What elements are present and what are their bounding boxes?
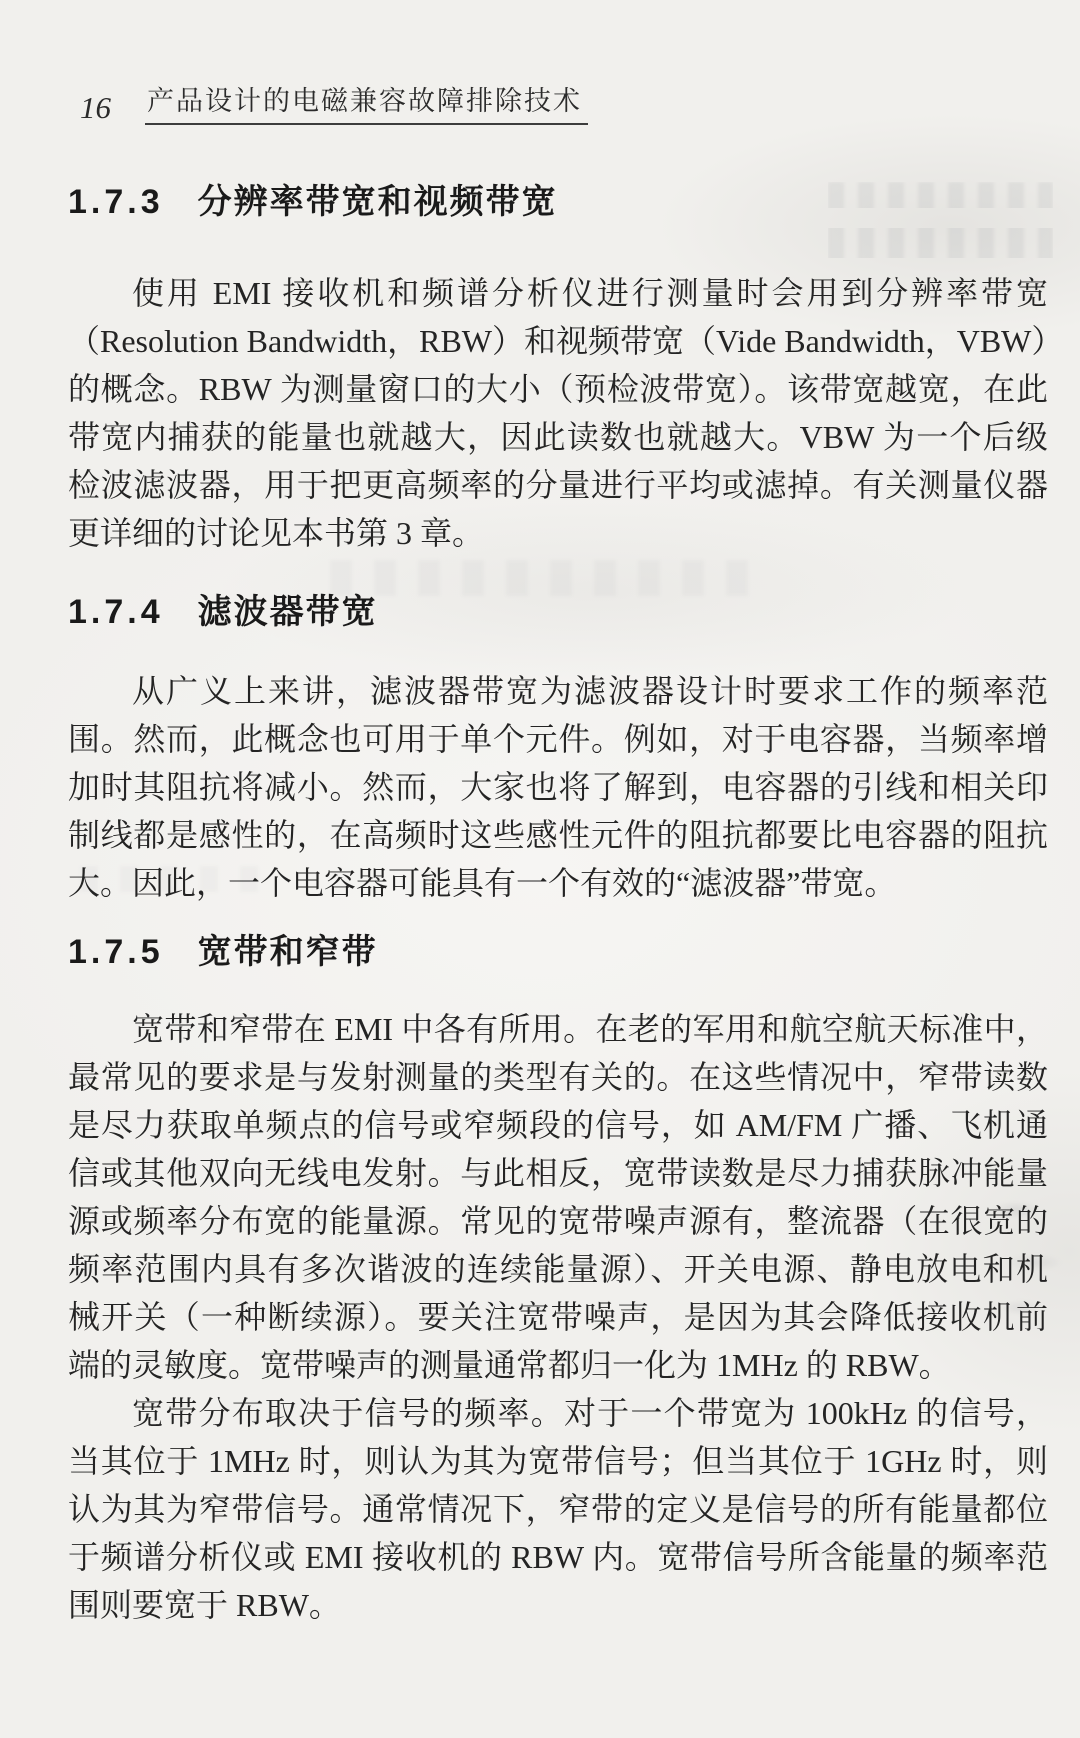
text-line: 当其位于 1MHz 时，则认为其为宽带信号；但当其位于 1GHz 时，则 xyxy=(68,1437,1048,1485)
text-line: 是尽力获取单频点的信号或窄频段的信号，如 AM/FM 广播、飞机通 xyxy=(68,1101,1048,1149)
text-line: 带宽内捕获的能量也就越大，因此读数也就越大。VBW 为一个后级 xyxy=(68,413,1048,461)
paragraph: 宽带和窄带在 EMI 中各有所用。在老的军用和航空航天标准中， 最常见的要求是与… xyxy=(68,1005,1048,1389)
text-line: （Resolution Bandwidth，RBW）和视频带宽（Vide Ban… xyxy=(68,317,1048,365)
text-line: 宽带和窄带在 EMI 中各有所用。在老的军用和航空航天标准中， xyxy=(68,1005,1048,1053)
text-line: 信或其他双向无线电发射。与此相反，宽带读数是尽力捕获脉冲能量 xyxy=(68,1149,1048,1197)
paragraph: 从广义上来讲，滤波器带宽为滤波器设计时要求工作的频率范 围。然而，此概念也可用于… xyxy=(68,667,1048,907)
text-line: 认为其为窄带信号。通常情况下，窄带的定义是信号的所有能量都位 xyxy=(68,1485,1048,1533)
text-line: 加时其阻抗将减小。然而，大家也将了解到，电容器的引线和相关印 xyxy=(68,763,1048,811)
text-line: 械开关（一种断续源）。要关注宽带噪声，是因为其会降低接收机前 xyxy=(68,1293,1048,1341)
page-content: 16 产品设计的电磁兼容故障排除技术 1.7.3分辨率带宽和视频带宽 使用 EM… xyxy=(68,0,1048,1629)
section-heading-1-7-4: 1.7.4滤波器带宽 xyxy=(68,591,1048,633)
text-line: 使用 EMI 接收机和频谱分析仪进行测量时会用到分辨率带宽 xyxy=(68,269,1048,317)
text-line: 的概念。RBW 为测量窗口的大小（预检波带宽）。该带宽越宽，在此 xyxy=(68,365,1048,413)
text-line: 制线都是感性的，在高频时这些感性元件的阻抗都要比电容器的阻抗 xyxy=(68,811,1048,859)
section-heading-1-7-3: 1.7.3分辨率带宽和视频带宽 xyxy=(68,181,1048,223)
text-line: 源或频率分布宽的能量源。常见的宽带噪声源有，整流器（在很宽的 xyxy=(68,1197,1048,1245)
text-line: 宽带分布取决于信号的频率。对于一个带宽为 100kHz 的信号， xyxy=(68,1389,1048,1437)
text-line: 从广义上来讲，滤波器带宽为滤波器设计时要求工作的频率范 xyxy=(68,667,1048,715)
heading-title: 宽带和窄带 xyxy=(198,933,378,971)
section-heading-1-7-5: 1.7.5宽带和窄带 xyxy=(68,931,1048,973)
text-line: 更详细的讨论见本书第 3 章。 xyxy=(68,509,1048,557)
paragraph: 宽带分布取决于信号的频率。对于一个带宽为 100kHz 的信号， 当其位于 1M… xyxy=(68,1389,1048,1629)
heading-number: 1.7.3 xyxy=(68,183,164,221)
running-header: 16 产品设计的电磁兼容故障排除技术 xyxy=(68,84,1048,125)
text-line: 端的灵敏度。宽带噪声的测量通常都归一化为 1MHz 的 RBW。 xyxy=(68,1341,1048,1389)
text-line: 最常见的要求是与发射测量的类型有关的。在这些情况中，窄带读数 xyxy=(68,1053,1048,1101)
paragraph: 使用 EMI 接收机和频谱分析仪进行测量时会用到分辨率带宽 （Resolutio… xyxy=(68,269,1048,557)
heading-title: 滤波器带宽 xyxy=(198,593,378,631)
text-line: 频率范围内具有多次谐波的连续能量源）、开关电源、静电放电和机 xyxy=(68,1245,1048,1293)
text-line: 围。然而，此概念也可用于单个元件。例如，对于电容器，当频率增 xyxy=(68,715,1048,763)
heading-title: 分辨率带宽和视频带宽 xyxy=(198,183,558,221)
text-line: 于频谱分析仪或 EMI 接收机的 RBW 内。宽带信号所含能量的频率范 xyxy=(68,1533,1048,1581)
heading-number: 1.7.5 xyxy=(68,933,164,971)
running-title: 产品设计的电磁兼容故障排除技术 xyxy=(145,84,588,125)
text-line: 检波滤波器，用于把更高频率的分量进行平均或滤掉。有关测量仪器 xyxy=(68,461,1048,509)
heading-number: 1.7.4 xyxy=(68,593,164,631)
page-number: 16 xyxy=(80,91,111,125)
text-line: 围则要宽于 RBW。 xyxy=(68,1581,1048,1629)
text-line: 大。因此，一个电容器可能具有一个有效的“滤波器”带宽。 xyxy=(68,859,1048,907)
book-page-scan: 16 产品设计的电磁兼容故障排除技术 1.7.3分辨率带宽和视频带宽 使用 EM… xyxy=(0,0,1080,1738)
